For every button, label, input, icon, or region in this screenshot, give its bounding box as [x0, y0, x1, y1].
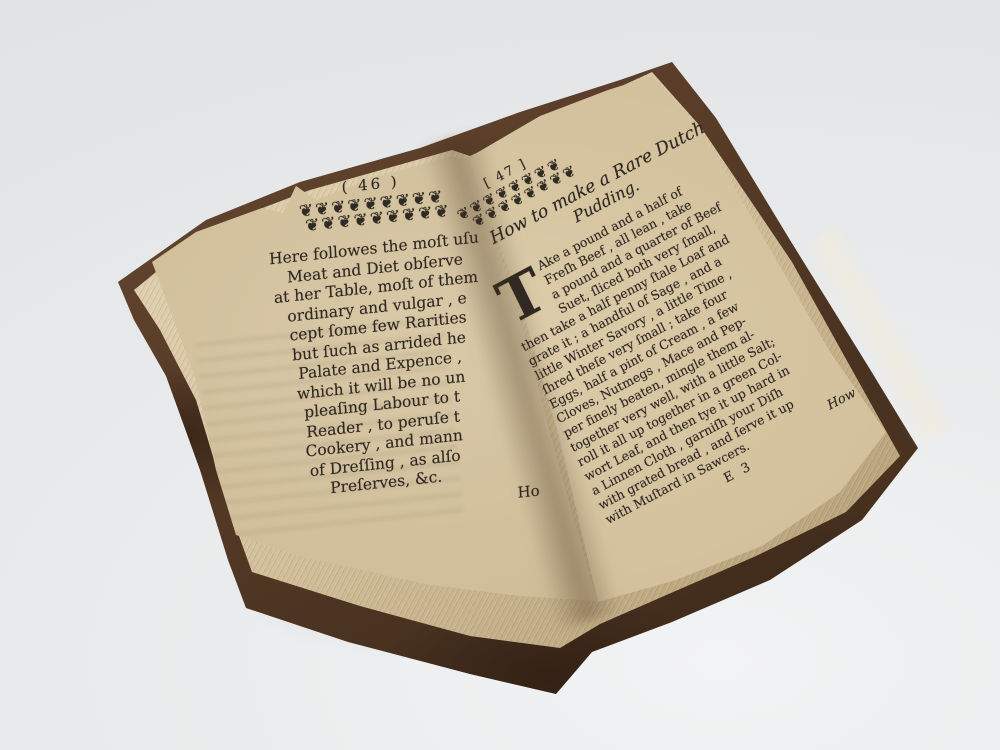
- open-book-photo: ( 46 ) ❦❦❦❦❦❦❦❦❦ ❦❦❦❦❦❦❦❦❦ Here followes…: [0, 0, 1000, 750]
